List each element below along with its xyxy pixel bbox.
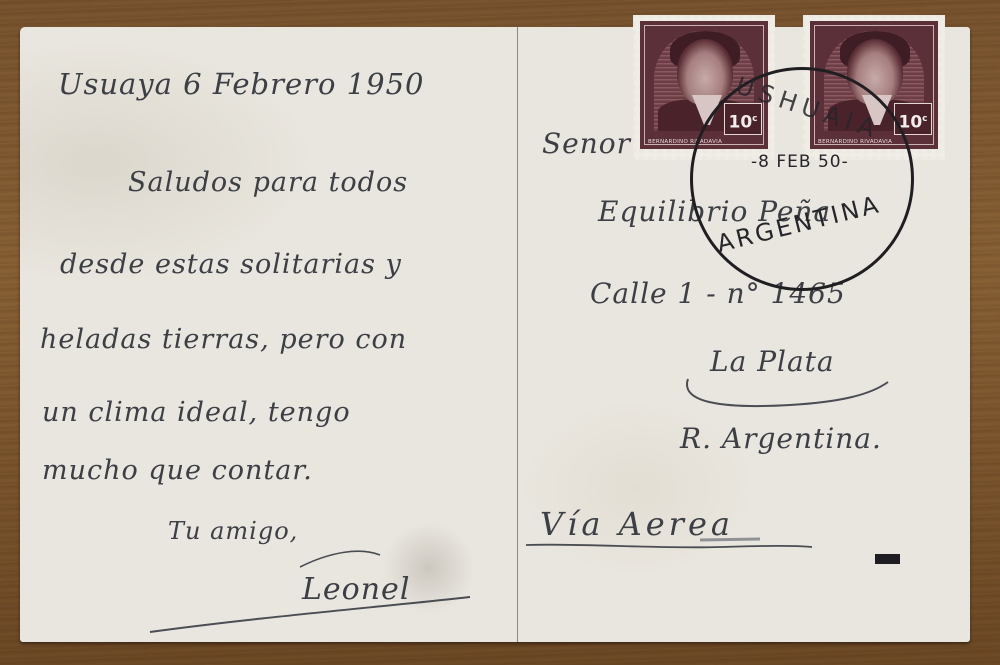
- postcard: Usuaya 6 Febrero 1950 Saludos para todos…: [20, 27, 970, 642]
- message-line-2: desde estas solitarias y: [60, 249, 402, 280]
- center-divider-line: [517, 27, 518, 642]
- message-date-line: Usuaya 6 Febrero 1950: [58, 67, 424, 101]
- address-country: R. Argentina.: [680, 422, 882, 455]
- routing-underline: [520, 537, 820, 557]
- postmark-date: -8 FEB 50-: [751, 152, 849, 172]
- postmark-cancellation: USHUAIA -8 FEB 50- ARGENTINA: [690, 67, 914, 291]
- message-line-4: un clima ideal, tengo: [42, 397, 351, 428]
- ink-speck: [875, 554, 900, 564]
- city-underline: [680, 357, 900, 417]
- message-line-5: mucho que contar.: [42, 455, 313, 486]
- signature-flourish: [140, 547, 480, 637]
- message-closing: Tu amigo,: [168, 517, 298, 545]
- postmark-country: ARGENTINA: [714, 190, 884, 258]
- message-line-3: heladas tierras, pero con: [40, 324, 407, 355]
- address-salutation: Senor: [542, 127, 631, 160]
- message-line-1: Saludos para todos: [128, 167, 408, 198]
